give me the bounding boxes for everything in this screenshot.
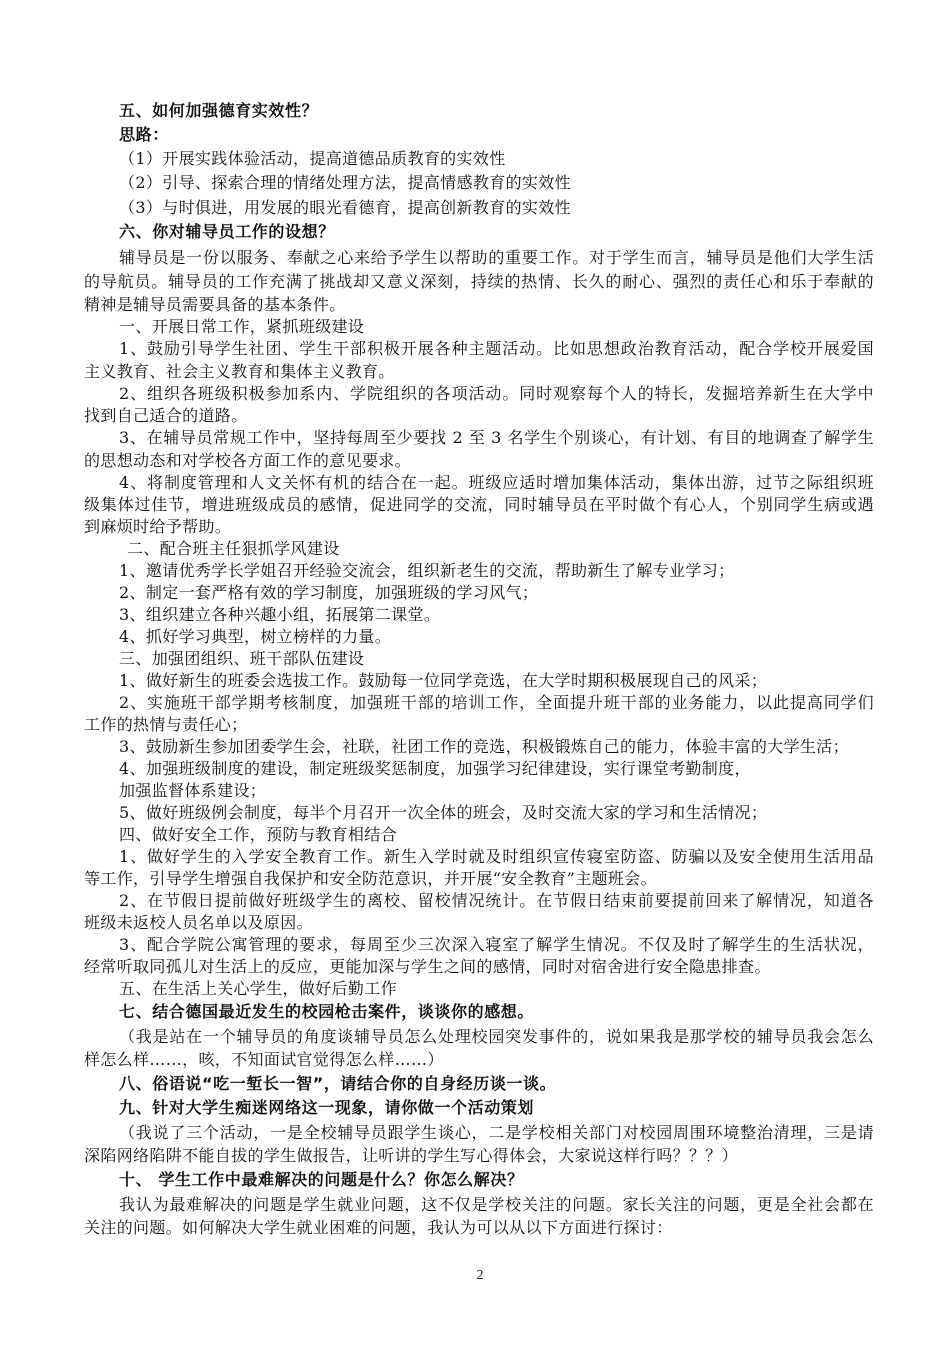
text-line: 深陷网络陷阱不能自拔的学生做报告，让听讲的学生写心得体会，大家说这样行吗？？？）: [84, 1145, 874, 1167]
section-heading: 八、俗语说“吃一堑长一智”，请结合你的自身经历谈一谈。: [119, 1073, 874, 1095]
text-line: （我是站在一个辅导员的角度谈辅导员怎么处理校园突发事件的，说如果我是那学校的辅导…: [119, 1026, 874, 1048]
text-line: 4、将制度管理和人文关怀有机的结合在一起。班级应适时增加集体活动，集体出游，过节…: [119, 472, 874, 494]
text-line: 3、鼓励新生参加团委学生会，社联，社团工作的竞选，积极锻炼自己的能力，体验丰富的…: [119, 736, 874, 758]
text-line: 5、做好班级例会制度，每半个月召开一次全体的班会，及时交流大家的学习和生活情况；: [119, 802, 874, 824]
text-line: 我认为最难解决的问题是学生就业问题，这不仅是学校关注的问题。家长关注的问题，更是…: [119, 1194, 874, 1216]
text-line: 1、做好学生的入学安全教育工作。新生入学时就及时组织宣传寝室防盗、防骗以及安全使…: [119, 846, 874, 868]
text-line: 四、做好安全工作，预防与教育相结合: [119, 824, 874, 846]
text-line: 精神是辅导员需要具备的基本条件。: [84, 294, 874, 316]
section-heading: 思路：: [119, 124, 874, 146]
text-line: 三、加强团组织、班干部队伍建设: [119, 648, 874, 670]
text-line: 的导航员。辅导员的工作充满了挑战却又意义深刻，持续的热情、长久的耐心、强烈的责任…: [84, 271, 874, 293]
text-line: 到麻烦时给予帮助。: [84, 516, 874, 538]
text-line: 1、做好新生的班委会选拔工作。鼓励每一位同学竞选，在大学时期积极展现自己的风采；: [119, 670, 874, 692]
text-line: 工作的热情与责任心；: [84, 714, 874, 736]
text-line: 2、组织各班级积极参加系内、学院组织的各项活动。同时观察每个人的特长，发掘培养新…: [119, 383, 874, 405]
text-line: 3、在辅导员常规工作中，坚持每周至少要找 2 至 3 名学生个别谈心，有计划、有…: [119, 427, 874, 449]
section-heading: 六、你对辅导员工作的设想？: [119, 221, 874, 243]
text-line: 2、制定一套严格有效的学习制度，加强班级的学习风气；: [119, 582, 874, 604]
text-line: 样怎么样……，咳，不知面试官觉得怎么样……）: [84, 1049, 874, 1071]
text-line: 关注的问题。如何解决大学生就业困难的问题，我认为可以从以下方面进行探讨：: [84, 1217, 874, 1239]
document-page: 五、如何加强德育实效性？思路：（1）开展实践体验活动，提高道德品质教育的实效性（…: [0, 0, 950, 1346]
text-line: 2、实施班干部学期考核制度，加强班干部的培训工作，全面提升班干部的业务能力，以此…: [119, 692, 874, 714]
section-heading: 七、结合德国最近发生的校园枪击案件，谈谈你的感想。: [119, 1001, 874, 1023]
text-line: 五、在生活上关心学生，做好后勤工作: [119, 978, 874, 1000]
text-line: 找到自己适合的道路。: [84, 405, 874, 427]
text-line: 4、抓好学习典型，树立榜样的力量。: [119, 626, 874, 648]
section-heading: 九、针对大学生痴迷网络这一现象，请你做一个活动策划: [119, 1097, 874, 1119]
text-line: 2、在节假日提前做好班级学生的离校、留校情况统计。在节假日结束前要提前回来了解情…: [119, 890, 874, 912]
text-line: 3、配合学院公寓管理的要求，每周至少三次深入寝室了解学生情况。不仅及时了解学生的…: [119, 934, 874, 956]
text-line: （2）引导、探索合理的情绪处理方法，提高情感教育的实效性: [119, 172, 874, 194]
text-line: （3）与时俱进，用发展的眼光看德育，提高创新教育的实效性: [119, 197, 874, 219]
text-line: 级集体过佳节，增进班级成员的感情，促进同学的交流，同时辅导员在平时做个有心人，个…: [84, 494, 874, 516]
section-heading: 十、 学生工作中最难解决的问题是什么？你怎么解决？: [119, 1169, 874, 1191]
text-line: 二、配合班主任狠抓学风建设: [127, 538, 874, 560]
text-line: 1、鼓励引导学生社团、学生干部积极开展各种主题活动。比如思想政治教育活动，配合学…: [119, 338, 874, 360]
text-line: 辅导员是一份以服务、奉献之心来给予学生以帮助的重要工作。对于学生而言，辅导员是他…: [119, 247, 874, 269]
text-line: 1、邀请优秀学长学姐召开经验交流会，组织新老生的交流，帮助新生了解专业学习；: [119, 560, 874, 582]
text-line: （1）开展实践体验活动，提高道德品质教育的实效性: [119, 148, 874, 170]
section-heading: 五、如何加强德育实效性？: [119, 100, 874, 122]
text-line: 经常听取同孤儿对生活上的反应，更能加深与学生之间的感情，同时对宿舍进行安全隐患排…: [84, 956, 874, 978]
text-line: 4、加强班级制度的建设，制定班级奖惩制度，加强学习纪律建设，实行课堂考勤制度，: [119, 758, 874, 780]
text-line: 班级未返校人员名单以及原因。: [84, 912, 874, 934]
page-number: 2: [470, 1268, 490, 1284]
text-line: 3、组织建立各种兴趣小组，拓展第二课堂。: [119, 604, 874, 626]
text-line: 加强监督体系建设；: [119, 780, 874, 802]
text-line: 主义教育、社会主义教育和集体主义教育。: [84, 361, 874, 383]
text-line: （我说了三个活动，一是全校辅导员跟学生谈心，二是学校相关部门对校园周围环境整治清…: [119, 1122, 874, 1144]
text-line: 的思想动态和对学校各方面工作的意见要求。: [84, 450, 874, 472]
text-line: 一、开展日常工作，紧抓班级建设: [119, 316, 874, 338]
text-line: 等工作，引导学生增强自我保护和安全防范意识，并开展“安全教育”主题班会。: [84, 868, 874, 890]
